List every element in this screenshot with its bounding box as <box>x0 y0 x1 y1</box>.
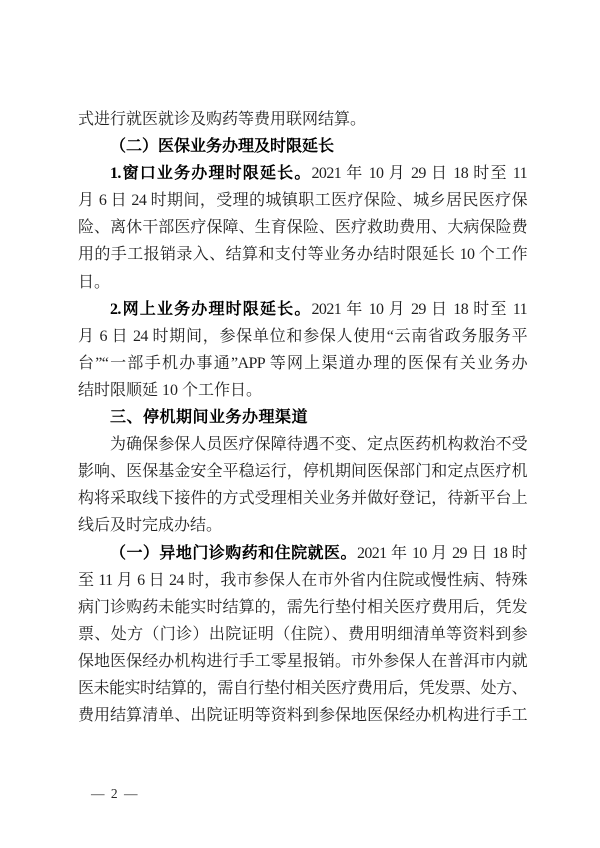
body-text-segment: 保地医保经办机构进行手工零星报销。市外参保人在普洱市内就 <box>78 653 527 670</box>
text-line: 线后及时完成办结。 <box>78 512 527 539</box>
text-line: 用的手工报销录入、结算和支付等业务办结时限延长 10 个工作 <box>78 241 527 268</box>
body-text-segment: 2021 年 10 月 29 日 18 时至 11 <box>312 301 527 318</box>
heading-segment: 三、停机期间业务办理渠道 <box>110 409 308 426</box>
text-line: （二）医保业务办理及时限延长 <box>78 133 527 160</box>
body-text-segment: 至 11 月 6 日 24 时，我市参保人在市外省内住院或慢性病、特殊 <box>78 572 527 589</box>
body-text-segment: 月 6 日 24 时期间，受理的城镇职工医疗保险、城乡居民医疗保 <box>78 192 527 209</box>
text-line: 险、离休干部医疗保障、生育保险、医疗救助费用、大病保险费 <box>78 214 527 241</box>
body-text-segment: 结时限顺延 10 个工作日。 <box>78 382 262 399</box>
text-line: 结时限顺延 10 个工作日。 <box>78 377 527 404</box>
text-line: 为确保参保人员医疗保障待遇不变、定点医药机构救治不受 <box>78 431 527 458</box>
text-line: 医未能实时结算的，需自行垫付相关医疗费用后，凭发票、处方、 <box>78 675 527 702</box>
text-line: （一）异地门诊购药和住院就医。2021 年 10 月 29 日 18 时 <box>78 540 527 567</box>
text-line: 式进行就医就诊及购药等费用联网结算。 <box>78 106 527 133</box>
text-line: 月 6 日 24 时期间，受理的城镇职工医疗保险、城乡居民医疗保 <box>78 187 527 214</box>
text-line: 三、停机期间业务办理渠道 <box>78 404 527 431</box>
body-text-segment: 月 6 日 24 时期间，参保单位和参保人使用“云南省政务服务平 <box>78 328 527 345</box>
heading-segment: （一）异地门诊购药和住院就医。 <box>110 545 357 562</box>
text-line: 病门诊购药未能实时结算的，需先行垫付相关医疗费用后，凭发 <box>78 594 527 621</box>
document-page: 式进行就医就诊及购药等费用联网结算。（二）医保业务办理及时限延长1.窗口业务办理… <box>0 0 600 848</box>
text-line: 1.窗口业务办理时限延长。2021 年 10 月 29 日 18 时至 11 <box>78 160 527 187</box>
body-text-segment: 构将采取线下接件的方式受理相关业务并做好登记，待新平台上 <box>78 490 527 507</box>
body-text-segment: 票、处方（门诊）出院证明（住院）、费用明细清单等资料到参 <box>78 626 527 643</box>
body-text-segment: 2021 年 10 月 29 日 18 时至 11 <box>312 165 527 182</box>
text-line: 票、处方（门诊）出院证明（住院）、费用明细清单等资料到参 <box>78 621 527 648</box>
page-number: — 2 — <box>91 786 139 802</box>
page: { "colors": { "paper": "#ffffff", "ink":… <box>0 0 600 848</box>
document-body: 式进行就医就诊及购药等费用联网结算。（二）医保业务办理及时限延长1.窗口业务办理… <box>78 106 527 729</box>
body-text-segment: 式进行就医就诊及购药等费用联网结算。 <box>78 111 366 128</box>
body-text-segment: 为确保参保人员医疗保障待遇不变、定点医药机构救治不受 <box>110 436 527 453</box>
text-line: 台”“一部手机办事通”APP 等网上渠道办理的医保有关业务办 <box>78 350 527 377</box>
heading-segment: （二）医保业务办理及时限延长 <box>110 138 334 155</box>
body-text-segment: 医未能实时结算的，需自行垫付相关医疗费用后，凭发票、处方、 <box>78 680 527 697</box>
text-line: 日。 <box>78 269 527 296</box>
body-text-segment: 台”“一部手机办事通”APP 等网上渠道办理的医保有关业务办 <box>78 355 527 372</box>
body-text-segment: 日。 <box>78 274 110 291</box>
body-text-segment: 线后及时完成办结。 <box>78 517 222 534</box>
heading-segment: 2.网上业务办理时限延长。 <box>110 301 312 318</box>
text-line: 构将采取线下接件的方式受理相关业务并做好登记，待新平台上 <box>78 485 527 512</box>
text-line: 费用结算清单、出院证明等资料到参保地医保经办机构进行手工 <box>78 702 527 729</box>
text-line: 2.网上业务办理时限延长。2021 年 10 月 29 日 18 时至 11 <box>78 296 527 323</box>
text-line: 至 11 月 6 日 24 时，我市参保人在市外省内住院或慢性病、特殊 <box>78 567 527 594</box>
body-text-segment: 险、离休干部医疗保障、生育保险、医疗救助费用、大病保险费 <box>78 219 527 236</box>
heading-segment: 1.窗口业务办理时限延长。 <box>110 165 312 182</box>
body-text-segment: 用的手工报销录入、结算和支付等业务办结时限延长 10 个工作 <box>78 246 527 263</box>
body-text-segment: 影响、医保基金安全平稳运行，停机期间医保部门和定点医疗机 <box>78 463 527 480</box>
body-text-segment: 费用结算清单、出院证明等资料到参保地医保经办机构进行手工 <box>78 707 527 724</box>
body-text-segment: 2021 年 10 月 29 日 18 时 <box>357 545 527 562</box>
body-text-segment: 病门诊购药未能实时结算的，需先行垫付相关医疗费用后，凭发 <box>78 599 527 616</box>
text-line: 保地医保经办机构进行手工零星报销。市外参保人在普洱市内就 <box>78 648 527 675</box>
text-line: 影响、医保基金安全平稳运行，停机期间医保部门和定点医疗机 <box>78 458 527 485</box>
text-line: 月 6 日 24 时期间，参保单位和参保人使用“云南省政务服务平 <box>78 323 527 350</box>
